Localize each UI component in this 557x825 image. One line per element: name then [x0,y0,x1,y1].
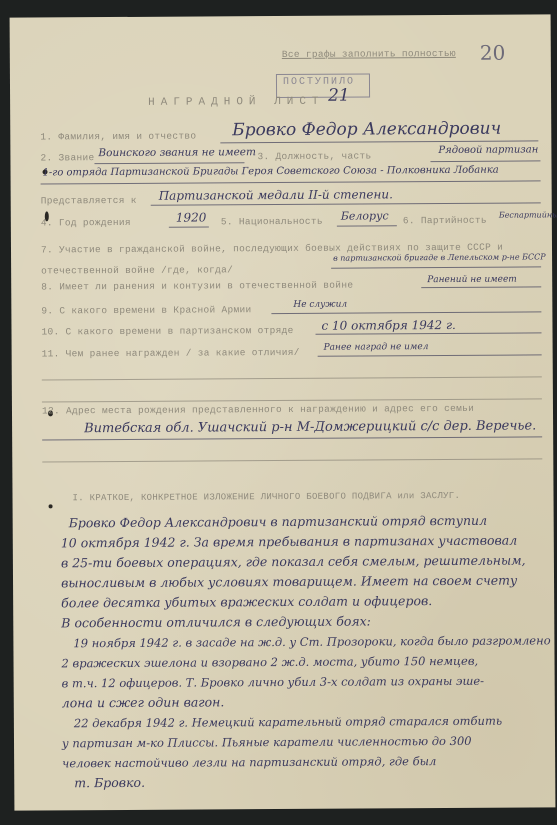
fill-instruction: Все графы заполнить полностью [282,48,456,60]
field-value-party: Беспартийный [499,210,557,219]
summary-text: Бровко Федор Александрович в партизански… [61,510,553,793]
award-sheet-paper: Все графы заполнить полностью 20 ПОСТУПИ… [10,14,556,810]
field-value-rank: Воинского звания не имеет [98,146,256,159]
field-label-prior-awards: 11. Чем ранее награжден / за какие отлич… [42,347,300,360]
summary-heading: I. КРАТКОЕ, КОНКРЕТНОЕ ИЗЛОЖЕНИЕ ЛИЧНОГО… [72,491,460,503]
received-stamp: ПОСТУПИЛО [276,73,370,98]
field-value-award: Партизанской медали II-й степени. [159,187,393,202]
field-value-red-army: Не служил [293,300,347,310]
sheet-number: 21 [328,86,350,106]
field-value-birth-year: 1920 [176,210,207,224]
document-title: НАГРАДНОЙ ЛИСТ [148,96,324,109]
field-value-unit: 1-го отряда Партизанской Бригады Героя С… [42,165,498,179]
field-value-partisan-since: с 10 октября 1942 г. [321,318,455,333]
field-value-wounds: Ранений не имеет [427,275,517,286]
field-value-address: Витебская обл. Ушачский р-н М-Домжерицки… [84,418,536,436]
field-label-red-army: 9. С какого времени в Красной Армии [41,304,251,316]
field-label-wounds: 8. Имеет ли ранения и контузии в отечест… [41,280,353,293]
field-value-name: Бровко Федор Александрович [232,119,501,141]
field-label-nominated: Представляется к [41,195,137,207]
field-label-birth-year: 4. Год рождения [41,217,131,229]
field-label-nationality: 5. Национальность [221,216,323,228]
field-label-address: 12. Адрес места рождения представленного… [42,403,474,417]
binding-hole [49,504,53,508]
field-label-rank: 2. Звание [40,152,94,163]
page-number: 20 [480,41,506,65]
field-value-war-participation: в партизанской бригаде в Лепельском р-не… [333,252,546,262]
field-value-position: Рядовой партизан [438,144,538,156]
summary-line: т. Бровко. [74,770,557,793]
field-label-name: 1. Фамилия, имя и отчество [40,131,196,143]
field-value-nationality: Белорус [341,209,389,222]
field-label-party: 6. Партийность [403,215,487,227]
field-label-position: 3. Должность, часть [257,150,371,162]
field-label-partisan-since: 10. С какого времени в партизанском отря… [41,325,293,338]
field-value-prior-awards: Ранее наград не имел [324,342,429,353]
